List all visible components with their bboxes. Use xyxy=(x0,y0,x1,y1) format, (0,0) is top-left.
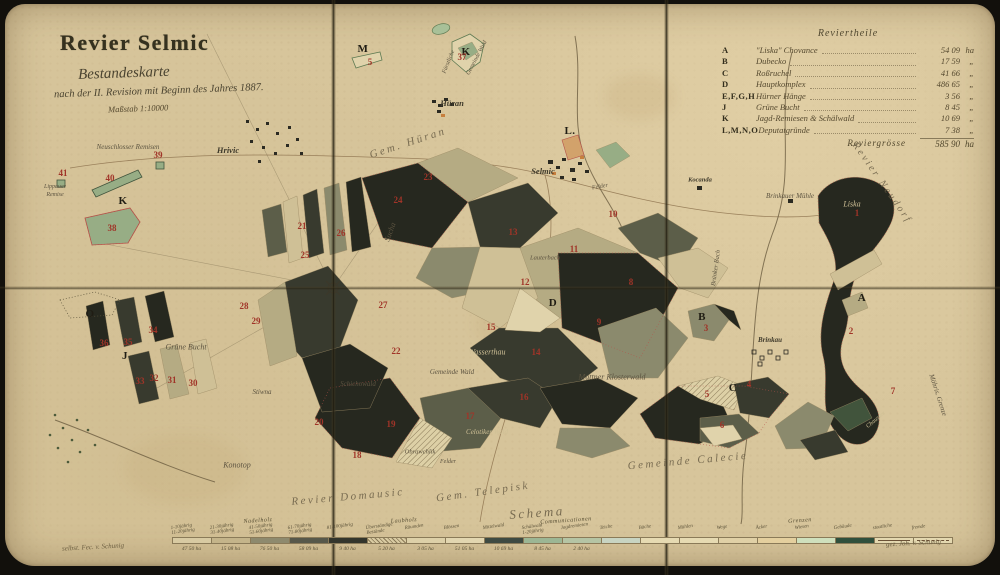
legend-item: 81-100jährig9 40 ha xyxy=(328,526,367,552)
revier-row: L,M,N,ODeputatgründe7 38„ xyxy=(722,125,974,136)
legend-item: 21-30jährig31-40jährig15 08 ha xyxy=(211,526,250,552)
revier-name: Jagd-Remiesen & Schälwald xyxy=(756,113,854,124)
revier-row: BDubecko17 59„ xyxy=(722,56,974,67)
legend-item-area: 10 69 ha xyxy=(484,546,523,552)
kocanda-building xyxy=(697,186,702,190)
leader-dots xyxy=(810,99,916,100)
legend-color-swatch xyxy=(835,537,875,544)
legend-color-swatch xyxy=(250,537,290,544)
legend-color-swatch xyxy=(289,537,329,544)
map-title: Revier Selmic xyxy=(60,30,360,56)
legend-item-area: 58 09 ha xyxy=(289,546,328,552)
revier-area: 7 38 xyxy=(920,125,960,136)
revier-letter: J xyxy=(722,102,756,113)
revier-unit: „ xyxy=(960,79,974,90)
legend-item: Gebäude xyxy=(835,526,874,546)
revier-row: KJagd-Remiesen & Schälwald10 69„ xyxy=(722,113,974,124)
leader-dots xyxy=(790,65,916,66)
stand-legend: 1-10jährig11-20jährig47 50 ha21-30jährig… xyxy=(172,526,952,552)
revier-name: Hauptkomplex xyxy=(756,79,806,90)
leader-dots xyxy=(795,76,916,77)
legend-color-swatch xyxy=(523,537,563,544)
legend-item-area: 5 20 ha xyxy=(367,546,406,552)
fold-line-horizontal xyxy=(0,286,1000,290)
revier-area: 8 45 xyxy=(920,102,960,113)
legend-item: 1-10jährig11-20jährig47 50 ha xyxy=(172,526,211,552)
legend-item: ÜberständigeBestände5 20 ha xyxy=(367,526,406,552)
legend-item: Blössen51 05 ha xyxy=(445,526,484,552)
legend-item: Jagdremiesen2 40 ha xyxy=(562,526,601,552)
muehle-building xyxy=(788,199,793,203)
legend-color-swatch xyxy=(601,537,641,544)
revier-area: 3 56 xyxy=(920,91,960,102)
revier-name: Dubecko xyxy=(756,56,786,67)
revier-row: JGrüne Bucht8 45„ xyxy=(722,102,974,113)
revier-total-unit: ha xyxy=(960,138,974,149)
revier-unit: „ xyxy=(960,91,974,102)
legend-item: Schälwald1-20jährig8 45 ha xyxy=(523,526,562,552)
photographed-map: Revier Selmic Bestandeskarte nach der II… xyxy=(0,0,1000,575)
legend-item: Teiche xyxy=(601,526,640,546)
leader-dots xyxy=(804,110,916,111)
legend-color-swatch xyxy=(406,537,446,544)
revier-row: CRoßruchel41 66„ xyxy=(722,68,974,79)
leader-dots xyxy=(858,122,916,123)
revier-unit: „ xyxy=(960,102,974,113)
legend-item: Bäche xyxy=(640,526,679,546)
legend-item-area: 3 05 ha xyxy=(406,546,445,552)
revier-name: Roßruchel xyxy=(756,68,791,79)
revier-name: Hürner Hänge xyxy=(756,91,806,102)
legend-item: Mühlen xyxy=(679,526,718,546)
legend-item-area: 9 40 ha xyxy=(328,546,367,552)
legend-item: Wege xyxy=(718,526,757,546)
legend-color-swatch xyxy=(640,537,680,544)
revier-name: Deputatgründe xyxy=(758,125,809,136)
legend-item: Räumden3 05 ha xyxy=(406,526,445,552)
legend-item-area: 15 08 ha xyxy=(211,546,250,552)
legend-item: Äcker xyxy=(757,526,796,546)
legend-item-area: 8 45 ha xyxy=(523,546,562,552)
legend-color-swatch xyxy=(757,537,797,544)
revier-unit: ha xyxy=(960,45,974,56)
legend-item: Mittelwald10 69 ha xyxy=(484,526,523,552)
revier-area: 486 65 xyxy=(920,79,960,90)
revier-name: Grüne Bucht xyxy=(756,102,800,113)
revier-letter: D xyxy=(722,79,756,90)
legend-color-swatch xyxy=(718,537,758,544)
revier-table: Reviertheile A"Liska" Chovance54 09haBDu… xyxy=(722,28,974,149)
revier-unit: „ xyxy=(960,56,974,67)
title-block: Revier Selmic Bestandeskarte nach der II… xyxy=(60,30,360,110)
legend-color-swatch xyxy=(796,537,836,544)
revier-unit: „ xyxy=(960,125,974,136)
legend-item: Wiesen xyxy=(796,526,835,546)
legend-color-swatch xyxy=(172,537,212,544)
legend-color-swatch xyxy=(562,537,602,544)
revier-name: "Liska" Chovance xyxy=(756,45,818,56)
leader-dots xyxy=(822,53,916,54)
revier-table-rows: A"Liska" Chovance54 09haBDubecko17 59„CR… xyxy=(722,45,974,136)
revier-total-label: Reviergrösse xyxy=(847,138,906,149)
hueran-buildings xyxy=(432,98,454,117)
legend-color-swatch xyxy=(445,537,485,544)
legend-color-swatch xyxy=(484,537,524,544)
brinkau-buildings xyxy=(752,350,788,366)
revier-letter: L,M,N,O xyxy=(722,125,758,136)
revier-row: DHauptkomplex486 65„ xyxy=(722,79,974,90)
revier-row: E,F,G,HHürner Hänge3 56„ xyxy=(722,91,974,102)
vegetation-dots xyxy=(49,414,97,464)
revier-unit: „ xyxy=(960,113,974,124)
revier-area: 17 59 xyxy=(920,56,960,67)
revier-total-row: Reviergrösse 585 90 ha xyxy=(722,138,974,149)
revier-area: 41 66 xyxy=(920,68,960,79)
legend-color-swatch xyxy=(328,537,368,544)
revier-total-value: 585 90 xyxy=(920,138,960,149)
revier-letter: K xyxy=(722,113,756,124)
revier-letter: E,F,G,H xyxy=(722,91,756,102)
legend-item: 41-50jährig51-60jährig76 50 ha xyxy=(250,526,289,552)
revier-letter: A xyxy=(722,45,756,56)
revier-area: 10 69 xyxy=(920,113,960,124)
legend-item-area: 47 50 ha xyxy=(172,546,211,552)
hrivic-buildings xyxy=(246,120,303,163)
revier-row: A"Liska" Chovance54 09ha xyxy=(722,45,974,56)
legend-item-area: 2 40 ha xyxy=(562,546,601,552)
leader-dots xyxy=(814,133,916,134)
revier-table-title: Reviertheile xyxy=(722,28,974,39)
legend-item-area: 76 50 ha xyxy=(250,546,289,552)
revier-letter: B xyxy=(722,56,756,67)
legend-color-swatch xyxy=(211,537,251,544)
legend-item-area: 51 05 ha xyxy=(445,546,484,552)
revier-area: 54 09 xyxy=(920,45,960,56)
revier-unit: „ xyxy=(960,68,974,79)
leader-dots xyxy=(810,88,916,89)
legend-color-swatch xyxy=(679,537,719,544)
legend-item: 61-70jährig71-80jährig58 09 ha xyxy=(289,526,328,552)
revier-letter: C xyxy=(722,68,756,79)
legend-color-swatch xyxy=(367,537,407,544)
